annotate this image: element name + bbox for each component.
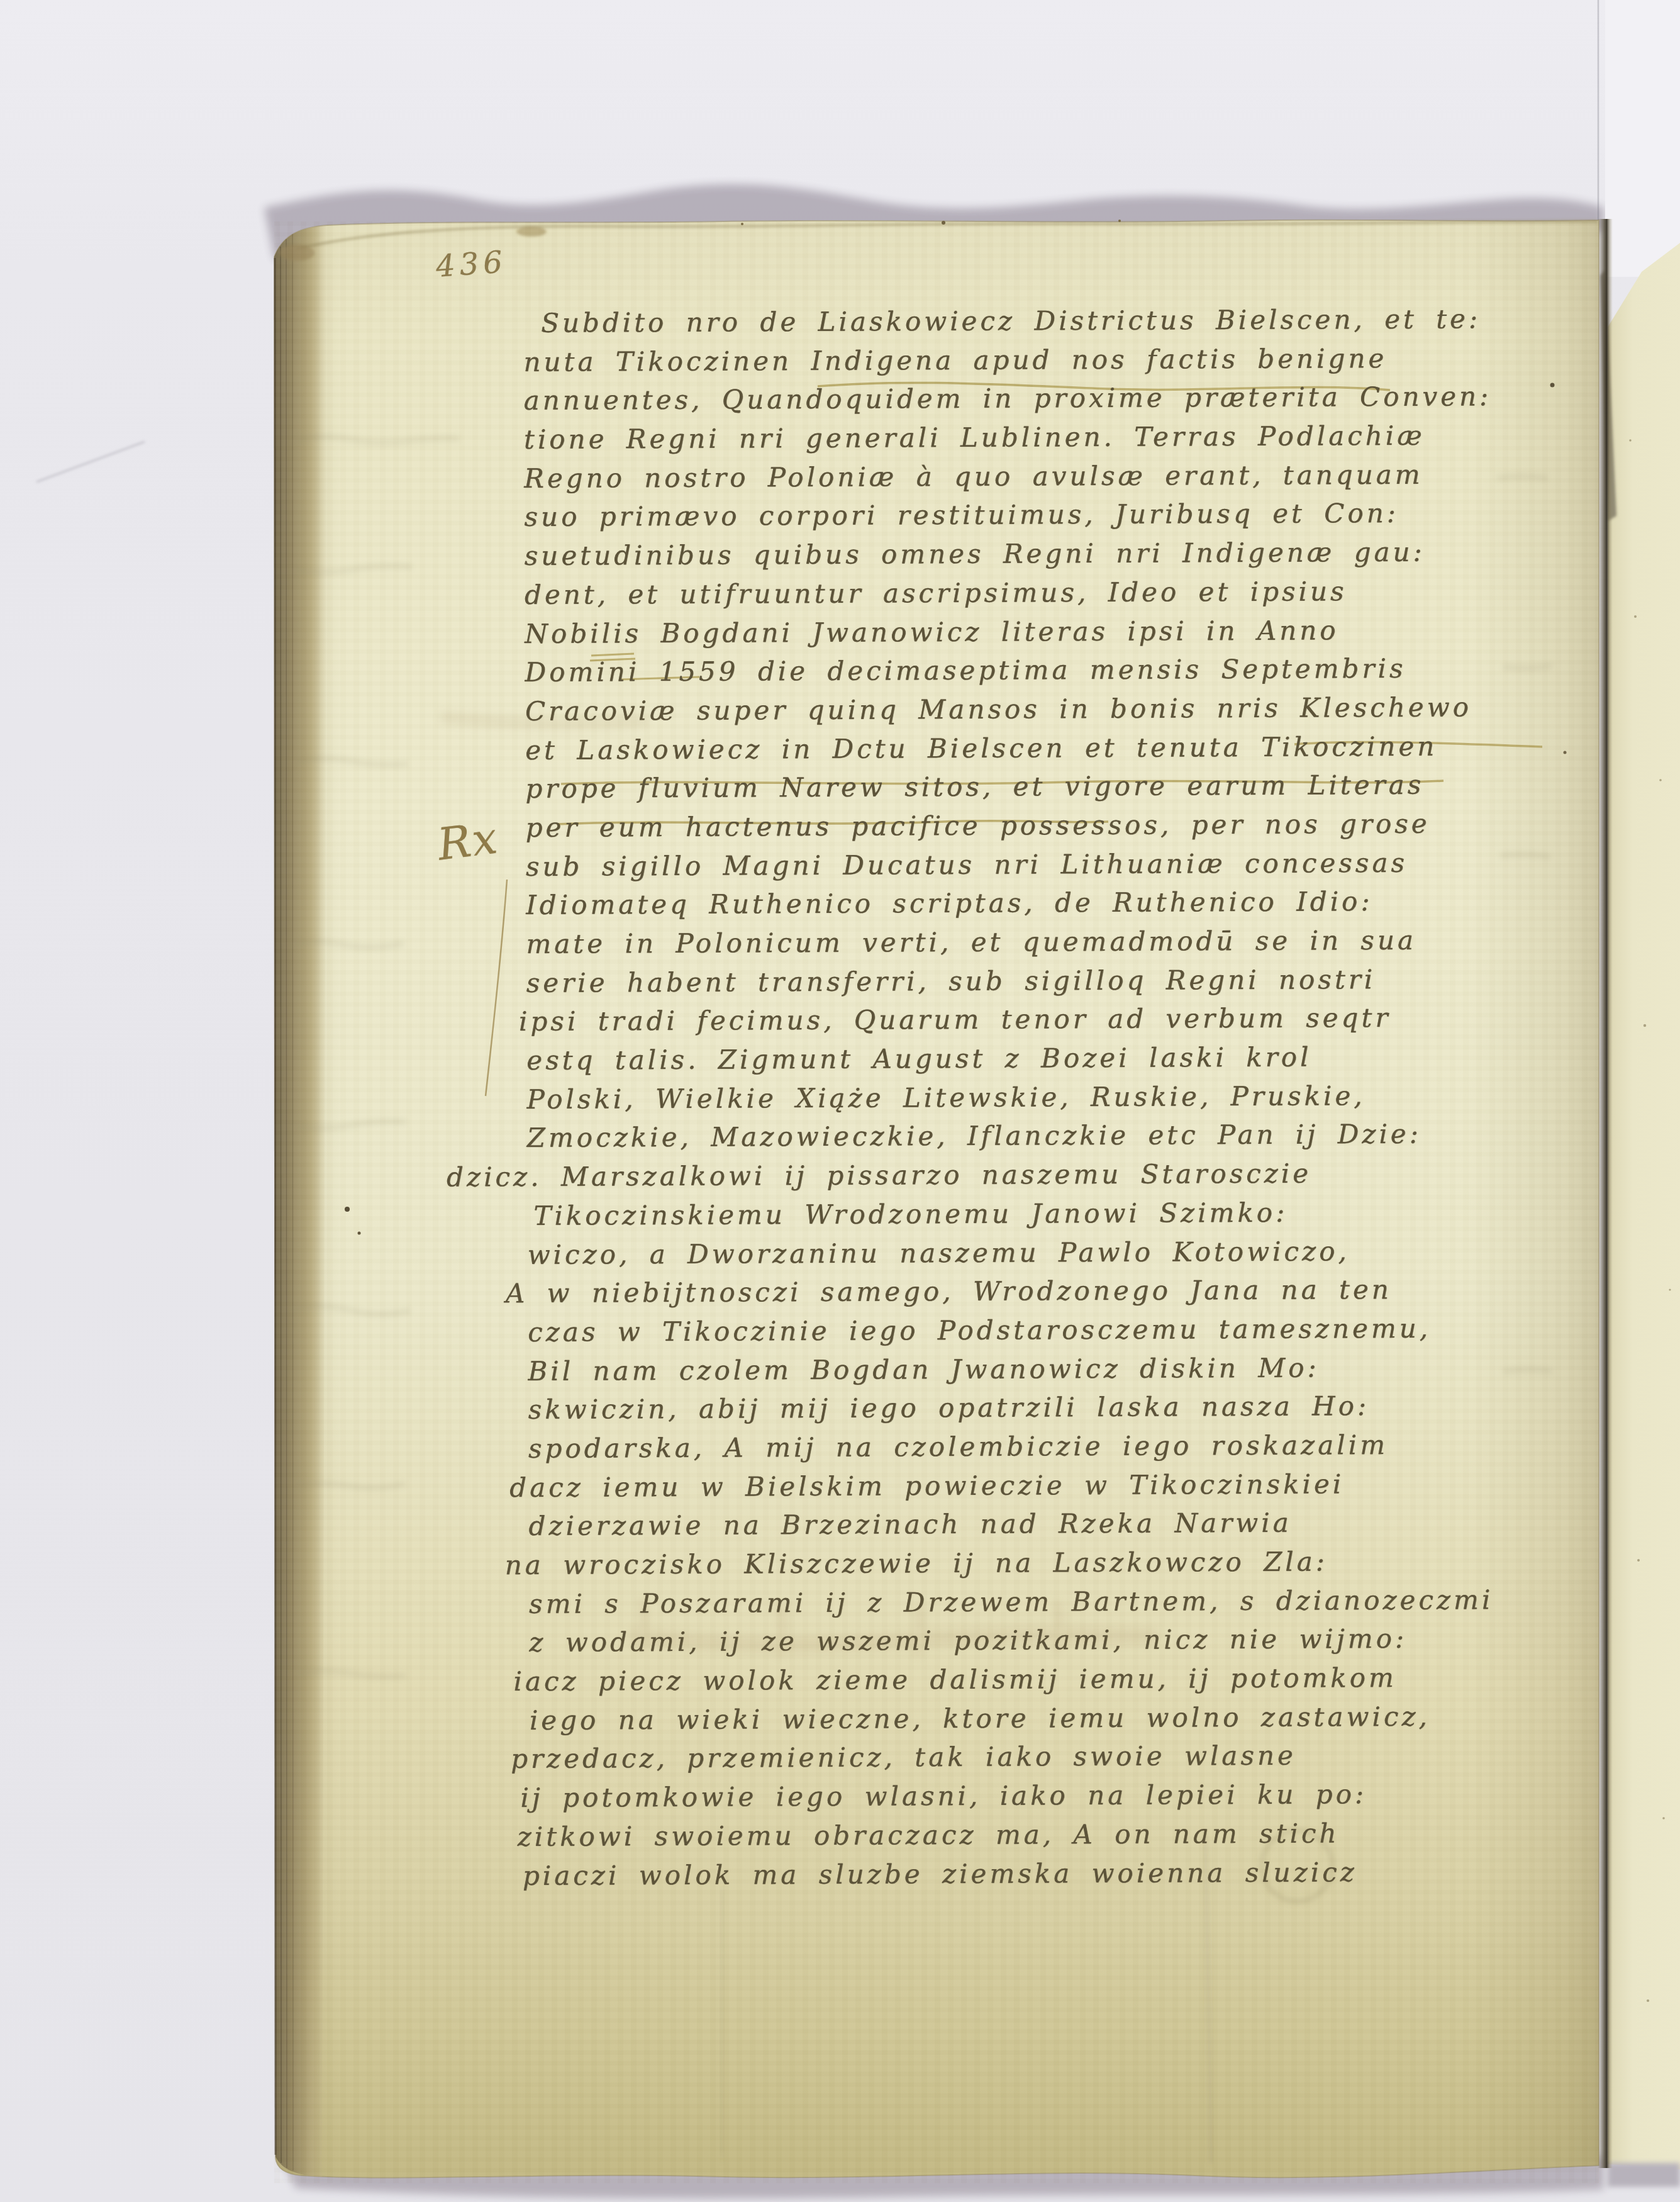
manuscript-line: sub sigillo Magni Ducatus nri Lithuaniæ … <box>526 842 1595 886</box>
margin-annotation-mark: Rx <box>435 812 501 870</box>
manuscript-line: Bil nam czolem Bogdan Jwanowicz diskin M… <box>528 1347 1597 1390</box>
manuscript-line: ipsi tradi fecimus, Quarum tenor ad verb… <box>519 998 1596 1041</box>
manuscript-line: tione Regni nri generali Lublinen. Terra… <box>524 416 1593 459</box>
manuscript-line: prope fluvium Narew sitos, et vigore ear… <box>525 765 1594 808</box>
manuscript-line: z wodami, ij ze wszemi pozitkami, nicz n… <box>529 1619 1598 1662</box>
folio-number: 436 <box>435 244 508 284</box>
manuscript-line: annuentes, Quandoquidem in proxime præte… <box>524 377 1593 420</box>
manuscript-line: piaczi wolok ma sluzbe ziemska woienna s… <box>523 1852 1599 1895</box>
gutter-shadow <box>1598 0 1613 2168</box>
manuscript-line: mate in Polonicum verti, et quemadmodū s… <box>526 920 1595 964</box>
manuscript-line: ij potomkowie iego wlasni, iako na lepie… <box>520 1774 1599 1818</box>
manuscript-line: serie habent transferri, sub sigilloq Re… <box>526 959 1596 1002</box>
manuscript-line: iego na wieki wieczne, ktore iemu wolno … <box>530 1696 1599 1740</box>
manuscript-line: A w niebijtnosczi samego, Wrodzonego Jan… <box>506 1270 1597 1313</box>
manuscript-line: Tikoczinskiemu Wrodzonemu Janowi Szimko: <box>533 1192 1596 1235</box>
manuscript-line: estq talis. Zigmunt August z Bozei laski… <box>526 1037 1596 1080</box>
manuscript-line: Subdito nro de Liaskowiecz Districtus Bi… <box>541 299 1593 343</box>
manuscript-text-block: Subdito nro de Liaskowiecz Districtus Bi… <box>523 299 1599 1896</box>
manuscript-line: Regno nostro Poloniæ à quo avulsæ erant,… <box>524 454 1593 498</box>
manuscript-line: Zmoczkie, Mazowieczkie, Iflanczkie etc P… <box>527 1114 1596 1158</box>
manuscript-line: na wroczisko Kliszczewie ij na Laszkowcz… <box>505 1541 1598 1585</box>
book-fore-edge <box>274 225 327 2177</box>
manuscript-line: Domini 1559 die decimaseptima mensis Sep… <box>525 649 1594 692</box>
manuscript-line: dzierzawie na Brzezinach nad Rzeka Narwi… <box>528 1502 1598 1546</box>
manuscript-line: wiczo, a Dworzaninu naszemu Pawlo Kotowi… <box>527 1231 1596 1274</box>
manuscript-line: dent, et utifruuntur ascripsimus, Ideo e… <box>525 571 1594 614</box>
ink-blot <box>345 1207 350 1212</box>
manuscript-scan: 436 Rx Subdito nro de Liaskowiecz Distri… <box>0 0 1680 2202</box>
interleaf-sheet <box>1605 0 1680 277</box>
manuscript-line: zitkowi swoiemu obraczacz ma, A on nam s… <box>517 1813 1599 1856</box>
background-crease <box>36 442 145 482</box>
manuscript-line: per eum hactenus pacifice possessos, per… <box>525 804 1594 847</box>
manuscript-line: spodarska, A mij na czolembiczie iego ro… <box>528 1425 1598 1468</box>
manuscript-line: Polski, Wielkie Xiąże Litewskie, Ruskie,… <box>526 1075 1596 1119</box>
manuscript-line: Idiomateq Ruthenico scriptas, de Rutheni… <box>526 881 1595 925</box>
manuscript-line: nuta Tikoczinen Indigena apud nos factis… <box>523 338 1593 381</box>
manuscript-line: suo primævo corpori restituimus, Juribus… <box>524 493 1593 537</box>
manuscript-line: czas w Tikoczinie iego Podstarosczemu ta… <box>528 1308 1597 1351</box>
manuscript-line: iacz piecz wolok zieme dalismij iemu, ij… <box>513 1658 1598 1701</box>
manuscript-line: dacz iemu w Bielskim powieczie w Tikoczi… <box>509 1463 1598 1507</box>
manuscript-line: skwiczin, abij mij iego opatrzili laska … <box>528 1386 1598 1429</box>
manuscript-line: przedacz, przemienicz, tak iako swoie wl… <box>511 1735 1599 1779</box>
manuscript-line: et Laskowiecz in Dctu Bielscen et tenuta… <box>525 726 1594 769</box>
manuscript-line: suetudinibus quibus omnes Regni nri Indi… <box>525 532 1594 576</box>
manuscript-line: dzicz. Marszalkowi ij pissarzo naszemu S… <box>447 1153 1596 1197</box>
manuscript-line: Nobilis Bogdani Jwanowicz literas ipsi i… <box>525 610 1594 653</box>
manuscript-line: smi s Poszarami ij z Drzewem Bartnem, s … <box>529 1580 1598 1623</box>
manuscript-line: Cracoviæ super quinq Mansos in bonis nri… <box>525 687 1594 730</box>
